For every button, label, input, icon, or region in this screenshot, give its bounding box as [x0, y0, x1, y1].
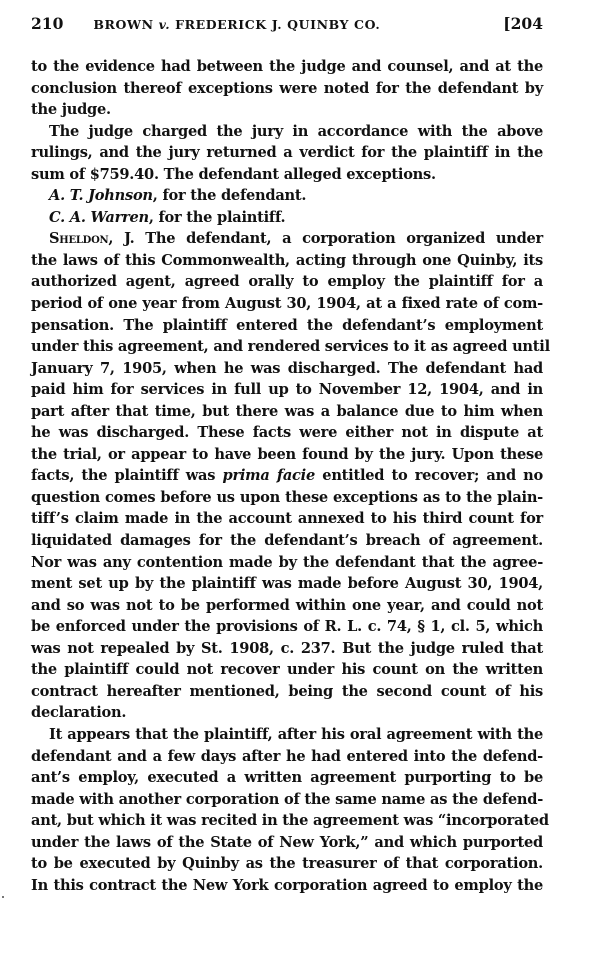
text-line: he was discharged. These facts were eith…	[31, 422, 543, 444]
text-line: declaration.	[31, 702, 543, 724]
text-line: the judge.	[31, 99, 543, 121]
text-line: liquidated damages for the defendant’s b…	[31, 530, 543, 552]
text-line: ant’s employ, executed a written agreeme…	[31, 767, 543, 789]
volume-reference: [204	[503, 14, 543, 33]
text-line: sum of $759.40. The defendant alleged ex…	[31, 164, 543, 186]
justice-name: Sheldon	[49, 230, 108, 247]
text-line: to be executed by Quinby as the treasure…	[31, 853, 543, 875]
text-line: defendant and a few days after he had en…	[31, 746, 543, 768]
scan-speck	[2, 896, 4, 898]
text-line: be enforced under the provisions of R. L…	[31, 616, 543, 638]
counsel-name: C. A. Warren	[49, 209, 149, 226]
text-line: authorized agent, agreed orally to emplo…	[31, 271, 543, 293]
text-line: the trial, or appear to have been found …	[31, 444, 543, 466]
opinion-text: to the evidence had between the judge an…	[31, 56, 543, 896]
text-line: In this contract the New York corporatio…	[31, 875, 543, 897]
text-line: made with another corporation of the sam…	[31, 789, 543, 811]
text-line: It appears that the plaintiff, after his…	[31, 724, 543, 746]
case-title: BROWN v. FREDERICK J. QUINBY CO.	[93, 17, 503, 32]
text-line: ment set up by the plaintiff was made be…	[31, 573, 543, 595]
counsel-plaintiff: C. A. Warren, for the plaintiff.	[31, 207, 543, 229]
text-line: part after that time, but there was a ba…	[31, 401, 543, 423]
text-line: pensation. The plaintiff entered the def…	[31, 315, 543, 337]
text-line: tiff’s claim made in the account annexed…	[31, 508, 543, 530]
text-line: The judge charged the jury in accordance…	[31, 121, 543, 143]
text-line: and so was not to be performed within on…	[31, 595, 543, 617]
latin-phrase: prima facie	[222, 467, 315, 484]
text-line: question comes before us upon these exce…	[31, 487, 543, 509]
page-number: 210	[31, 14, 63, 33]
text-line: Nor was any contention made by the defen…	[31, 552, 543, 574]
running-head: 210 BROWN v. FREDERICK J. QUINBY CO. [20…	[31, 14, 543, 40]
opinion-start: Sheldon, J. The defendant, a corporation…	[31, 228, 543, 250]
text-line: the plaintiff could not recover under hi…	[31, 659, 543, 681]
text-line: paid him for services in full up to Nove…	[31, 379, 543, 401]
text-line: to the evidence had between the judge an…	[31, 56, 543, 78]
counsel-name: A. T. Johnson	[49, 187, 153, 204]
text-line: January 7, 1905, when he was discharged.…	[31, 358, 543, 380]
counsel-defendant: A. T. Johnson, for the defendant.	[31, 185, 543, 207]
text-line: was not repealed by St. 1908, c. 237. Bu…	[31, 638, 543, 660]
text-line: period of one year from August 30, 1904,…	[31, 293, 543, 315]
document-page: 210 BROWN v. FREDERICK J. QUINBY CO. [20…	[31, 14, 543, 896]
text-line: rulings, and the jury returned a verdict…	[31, 142, 543, 164]
text-line: ant, but which it was recited in the agr…	[31, 810, 543, 832]
text-line: facts, the plaintiff was prima facie ent…	[31, 465, 543, 487]
text-line: contract hereafter mentioned, being the …	[31, 681, 543, 703]
text-line: under this agreement, and rendered servi…	[31, 336, 543, 358]
text-line: the laws of this Commonwealth, acting th…	[31, 250, 543, 272]
text-line: conclusion thereof exceptions were noted…	[31, 78, 543, 100]
text-line: under the laws of the State of New York,…	[31, 832, 543, 854]
